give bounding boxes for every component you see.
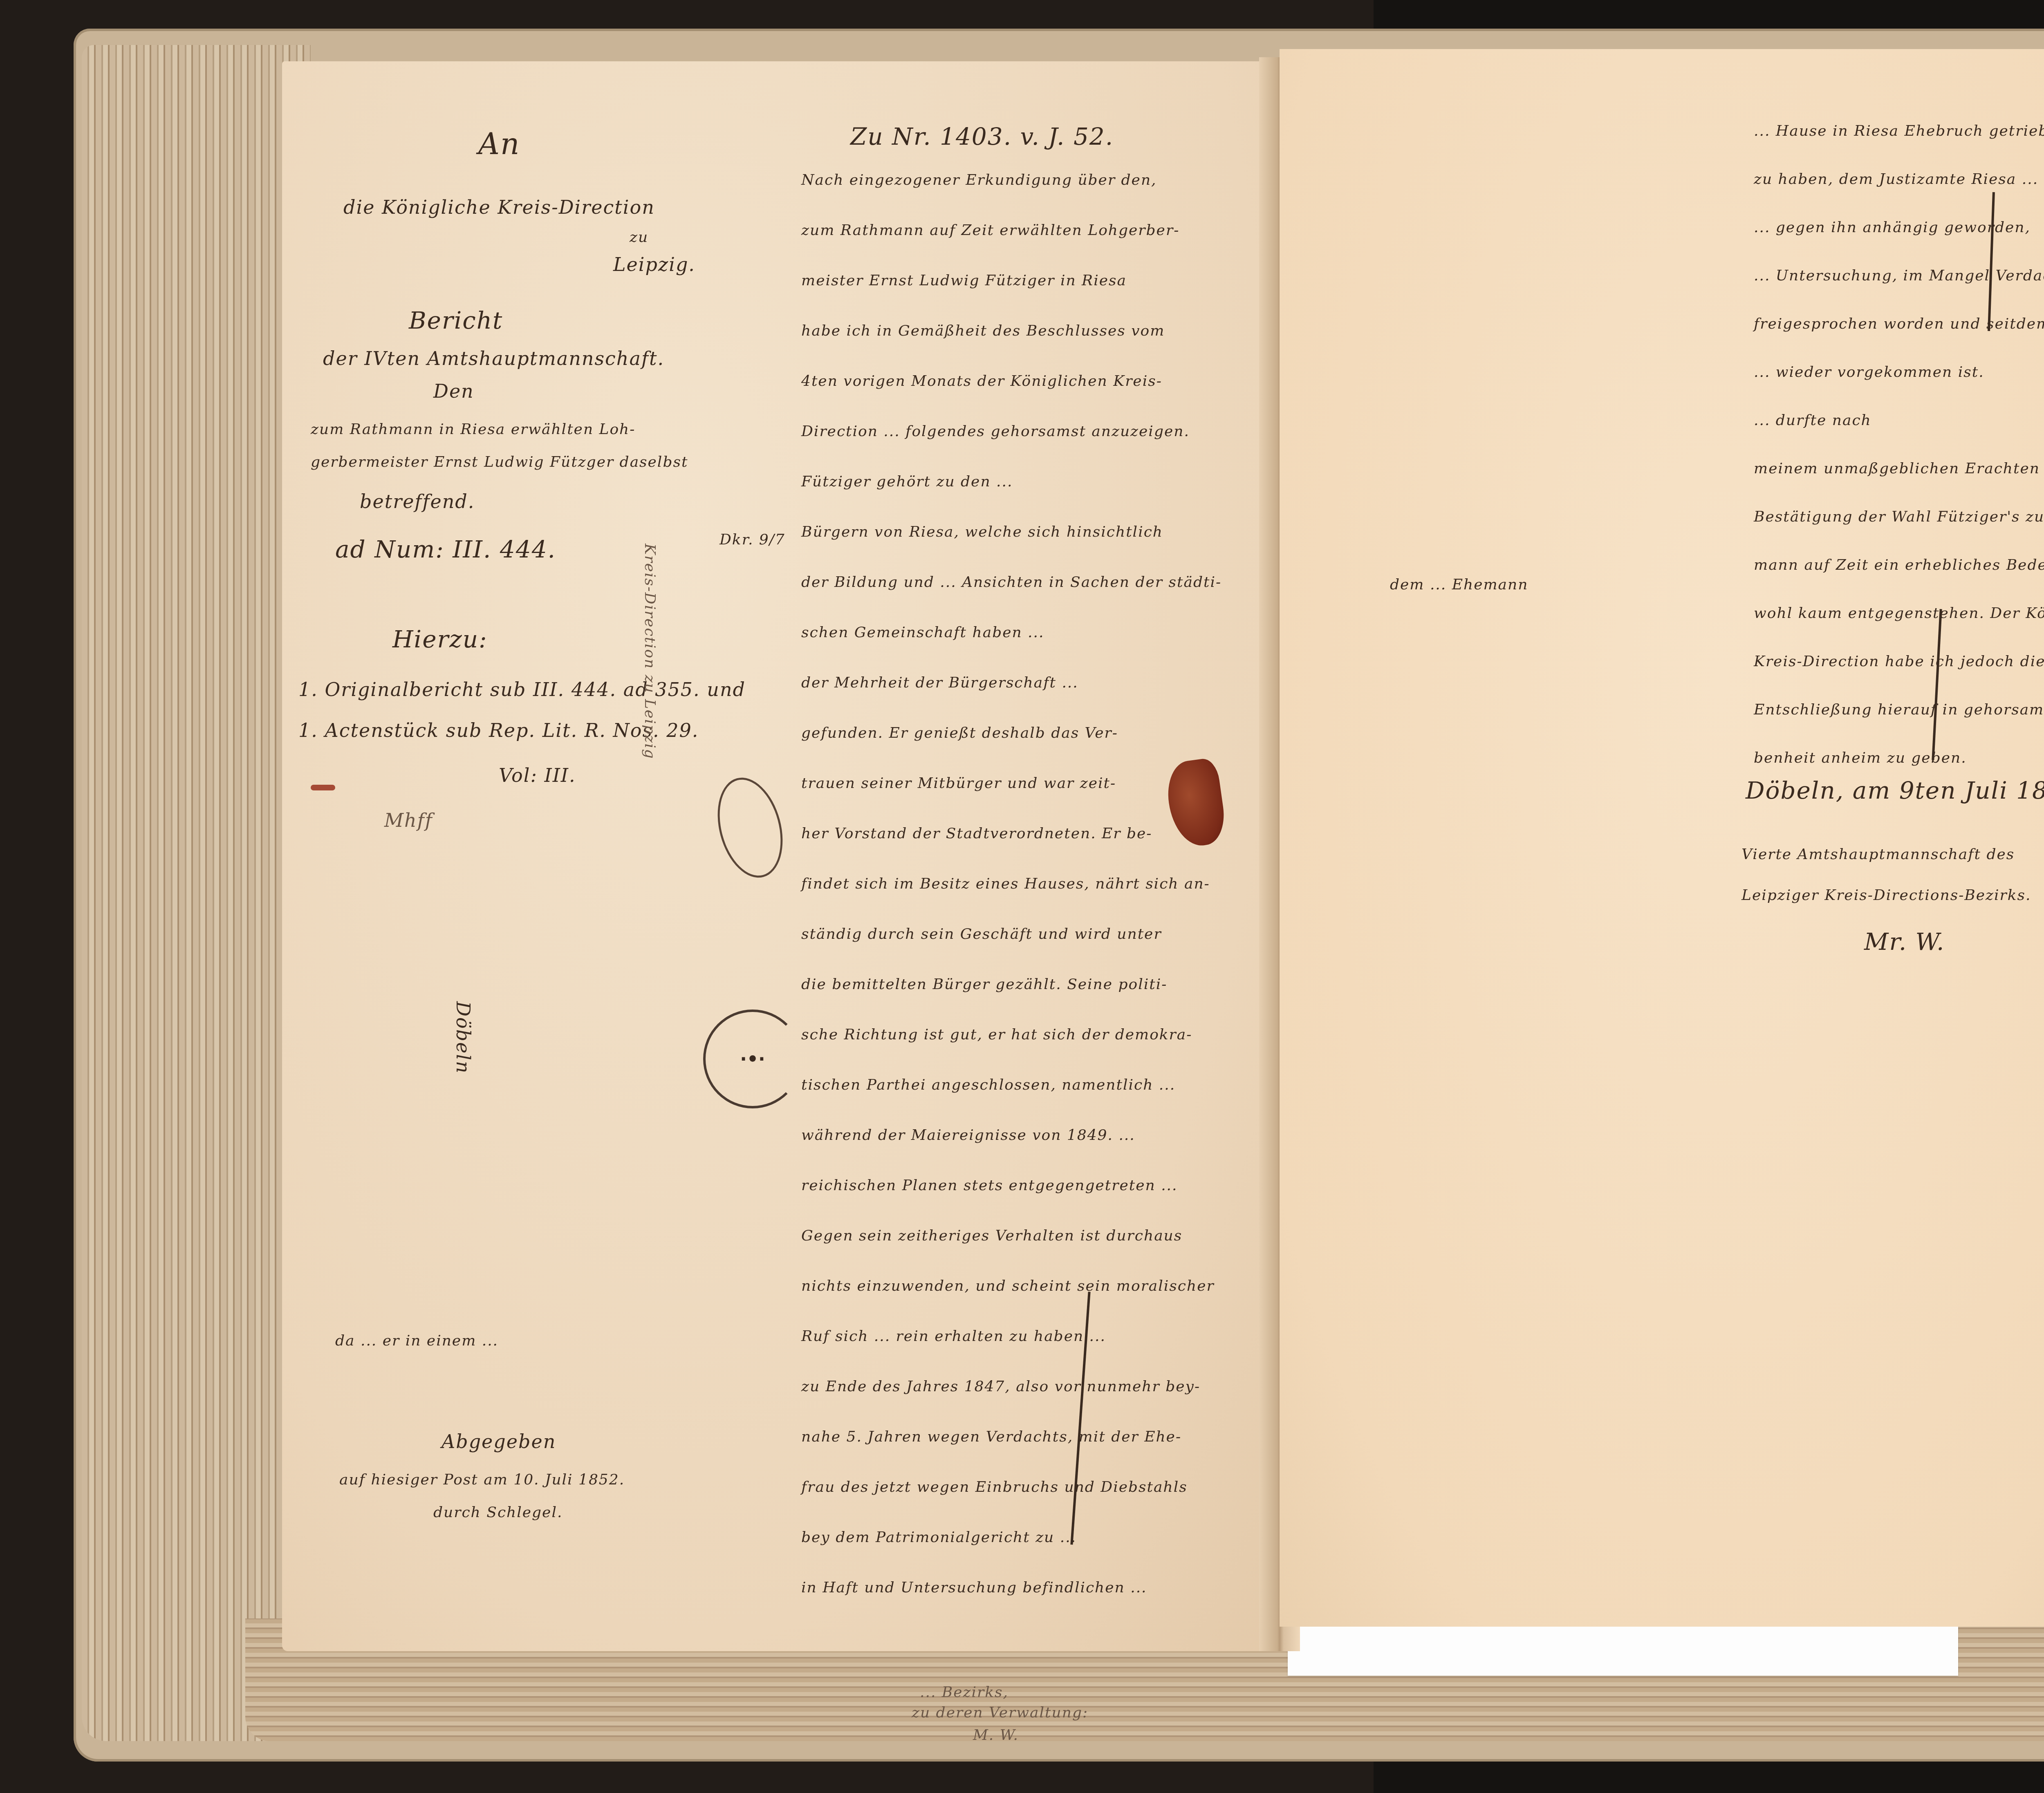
text-line: zu Ende des Jahres 1847, also vor nunmeh… [801,1378,1200,1395]
text-line: wohl kaum entgegenstehen. Der Königliche… [1754,605,2044,622]
text-line: mann auf Zeit ein erhebliches Bedenken [1754,557,2044,573]
text-line: der Mehrheit der Bürgerschaft ... [801,674,1078,691]
bottom-note-line3: M. W. [973,1727,1019,1744]
text-line: während der Maiereignisse von 1849. ... [801,1127,1135,1144]
text-line: ... Hause in Riesa Ehebruch getrieben [1754,123,2044,139]
reference-number: ad Num: III. 444. [335,535,556,563]
text-line: in Haft und Untersuchung befindlichen ..… [801,1579,1147,1596]
text-line: ständig durch sein Geschäft und wird unt… [801,926,1162,942]
correction-note: da ... er in einem ... [335,1332,498,1349]
dispatch-line2: auf hiesiger Post am 10. Juli 1852. [339,1471,625,1488]
sender: der IVten Amtshauptmannschaft. [323,347,664,369]
signature: Mr. W. [1864,928,1945,956]
regarding-end: betreffend. [360,490,475,513]
side-mark: Dkr. 9/7 [719,531,785,548]
enclosures-label: Hierzu: [392,625,488,653]
text-line: trauen seiner Mitbürger und war zeit- [801,775,1116,792]
text-line: 4ten vorigen Monats der Königlichen Krei… [801,373,1162,389]
page-stack-left-edge [82,45,311,1741]
text-line: habe ich in Gemäßheit des Beschlusses vo… [801,322,1165,339]
vertical-margin-note: Kreis-Direction zu Leipzig [641,544,658,759]
text-line: sche Richtung ist gut, er hat sich der d… [801,1026,1192,1043]
regarding-line1: zum Rathmann in Riesa erwählten Loh- [311,421,635,438]
bottom-note-line2: zu deren Verwaltung: [912,1704,1088,1721]
salutation: An [478,127,520,161]
text-line: schen Gemeinschaft haben ... [801,624,1044,641]
text-line: meinem unmaßgeblichen Erachten der [1754,460,2044,477]
text-line: reichischen Planen stets entgegengetrete… [801,1177,1178,1194]
red-wax-fleck [311,785,335,790]
regarding-line2: gerbermeister Ernst Ludwig Fützger dasel… [311,454,688,470]
postmark-stamp: ·•· [703,1010,802,1108]
place: Leipzig. [613,253,695,275]
regarding-intro: Den [433,380,474,402]
volume-ref: Vol: III. [499,764,576,786]
text-line: Ruf sich ... rein erhalten zu haben ... [801,1328,1106,1345]
left-page [282,61,1280,1651]
right-page [1280,49,2044,1627]
report-title: Bericht [409,307,503,334]
text-line: Kreis-Direction habe ich jedoch die fern… [1754,653,2044,670]
text-line: freigesprochen worden und seitdem nicht [1754,316,2044,332]
text-line: findet sich im Besitz eines Hauses, nähr… [801,875,1210,892]
text-line: ... gegen ihn anhängig geworden, [1754,219,2031,236]
dispatch-line1: Abgegeben [442,1430,556,1453]
text-line: Bestätigung der Wahl Fütziger's zum Rath… [1754,508,2044,525]
text-line: Gegen sein zeitheriges Verhalten ist dur… [801,1227,1182,1244]
bottom-note-line1: ... Bezirks, [920,1684,1009,1701]
text-line: ... durfte nach [1754,412,1871,429]
text-line: her Vorstand der Stadtverordneten. Er be… [801,825,1152,842]
enclosure-item: 1. Actenstück sub Rep. Lit. R. Nos. 29. [298,719,699,741]
text-line: bey dem Patrimonialgericht zu ... [801,1529,1076,1546]
text-line: tischen Parthei angeschlossen, namentlic… [801,1077,1175,1093]
text-line: Direction ... folgendes gehorsamst anzuz… [801,423,1190,440]
margin-insertion: dem ... Ehemann [1390,576,1528,593]
text-line: der Bildung und ... Ansichten in Sachen … [801,574,1221,591]
place-prefix: zu [630,229,648,246]
signature-line2: Leipziger Kreis-Directions-Bezirks. [1741,887,2031,904]
text-line: Nach eingezogener Erkundigung über den, [801,172,1157,188]
text-line: nahe 5. Jahren wegen Verdachts, mit der … [801,1428,1181,1445]
text-line: zum Rathmann auf Zeit erwählten Lohgerbe… [801,222,1179,239]
place-signature: Döbeln [452,1001,474,1074]
text-line: Entschließung hierauf in gehorsamster Er… [1754,701,2044,718]
initials: Mhff [384,809,433,831]
file-heading: Zu Nr. 1403. v. J. 52. [850,123,1114,150]
text-line: zu haben, dem Justizamte Riesa ... [1754,171,2038,188]
text-line: ... Untersuchung, im Mangel Verdachts [1754,267,2044,284]
text-line: gefunden. Er genießt deshalb das Ver- [801,725,1118,741]
text-line: ... wieder vorgekommen ist. [1754,364,1984,381]
text-line: benheit anheim zu geben. [1754,750,1967,766]
text-line: frau des jetzt wegen Einbruchs und Diebs… [801,1479,1188,1495]
dispatch-line3: durch Schlegel. [433,1504,563,1521]
enclosure-item: 1. Originalbericht sub III. 444. ad 355.… [298,678,746,701]
text-line: die bemittelten Bürger gezählt. Seine po… [801,976,1167,993]
text-line: meister Ernst Ludwig Fütziger in Riesa [801,272,1127,289]
text-line: Bürgern von Riesa, welche sich hinsichtl… [801,524,1163,540]
date-line: Döbeln, am 9ten Juli 1852. [1746,777,2044,804]
signature-line1: Vierte Amtshauptmannschaft des [1741,846,2015,863]
text-line: Fütziger gehört zu den ... [801,473,1013,490]
text-line: nichts einzuwenden, und scheint sein mor… [801,1278,1215,1294]
recipient: die Königliche Kreis-Direction [343,196,655,218]
